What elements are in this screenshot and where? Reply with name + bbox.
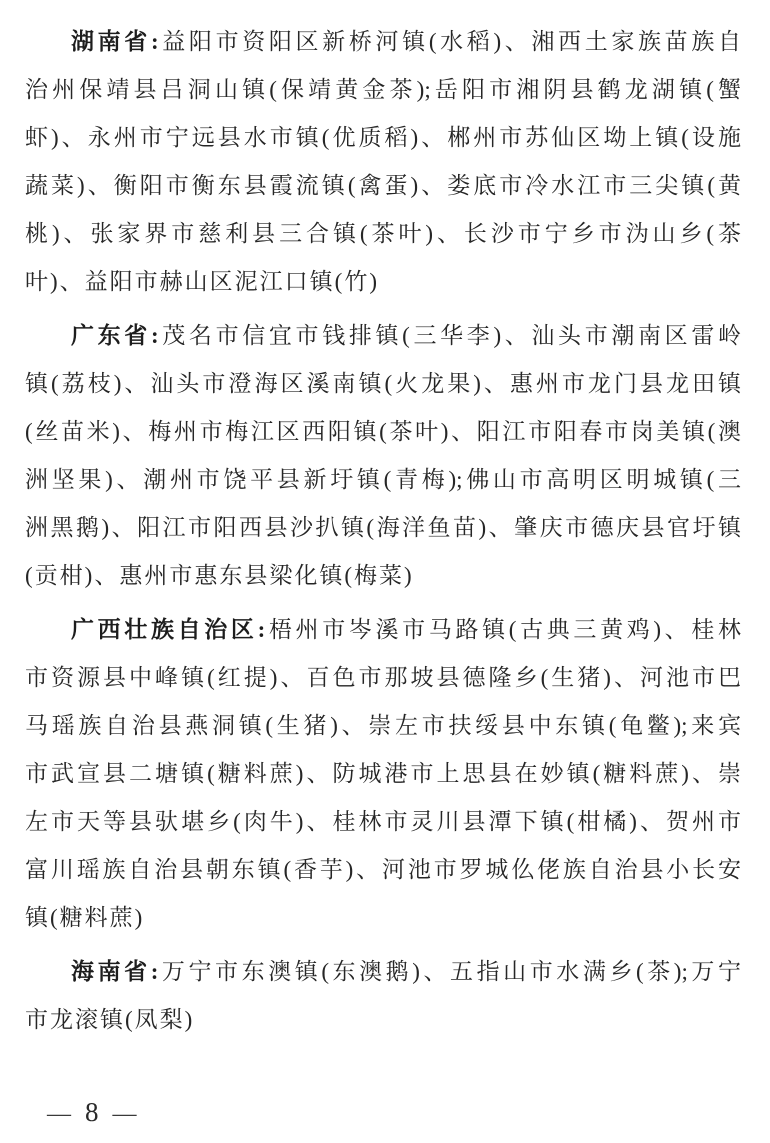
text-line: 富川瑶族自治县朝东镇(香芋)、河池市罗城仫佬族自治县小长安 [25,846,741,894]
province-heading-hainan: 海南省: [71,959,158,984]
text-line: 镇(糖料蔗) [25,894,741,942]
text-line: 叶)、益阳市赫山区泥江口镇(竹) [25,258,741,306]
paragraph-guangdong: 广东省:茂名市信宜市钱排镇(三华李)、汕头市潮南区雷岭 镇(荔枝)、汕头市澄海区… [25,312,741,600]
page-number-dash-left: — [47,1098,71,1130]
page-number-value: 8 [85,1096,99,1128]
text-line: 市资源县中峰镇(红提)、百色市那坡县德隆乡(生猪)、河池市巴 [25,654,741,702]
text-line: 治州保靖县吕洞山镇(保靖黄金茶);岳阳市湘阴县鹤龙湖镇(蟹 [25,66,741,114]
text-line: 市龙滚镇(凤梨) [25,996,741,1044]
text-line: 梧州市岑溪市马路镇(古典三黄鸡)、桂林 [265,617,741,642]
text-line: (丝苗米)、梅州市梅江区西阳镇(茶叶)、阳江市阳春市岗美镇(澳 [25,408,741,456]
text-line: 益阳市资阳区新桥河镇(水稻)、湘西土家族苗族自 [159,29,741,54]
province-heading-hunan: 湖南省: [71,29,159,54]
paragraph-hunan: 湖南省:益阳市资阳区新桥河镇(水稻)、湘西土家族苗族自 治州保靖县吕洞山镇(保靖… [25,18,741,306]
text-line: 洲坚果)、潮州市饶平县新圩镇(青梅);佛山市高明区明城镇(三 [25,456,741,504]
text-line: (贡柑)、惠州市惠东县梁化镇(梅菜) [25,552,741,600]
text-line: 洲黑鹅)、阳江市阳西县沙扒镇(海洋鱼苗)、肇庆市德庆县官圩镇 [25,504,741,552]
text-line: 桃)、张家界市慈利县三合镇(茶叶)、长沙市宁乡市沩山乡(茶 [25,210,741,258]
text-line: 左市天等县驮堪乡(肉牛)、桂林市灵川县潭下镇(柑橘)、贺州市 [25,798,741,846]
text-line: 茂名市信宜市钱排镇(三华李)、汕头市潮南区雷岭 [159,323,741,348]
paragraph-first-line: 海南省:万宁市东澳镇(东澳鹅)、五指山市水满乡(茶);万宁 [25,948,741,996]
document-body: 湖南省:益阳市资阳区新桥河镇(水稻)、湘西土家族苗族自 治州保靖县吕洞山镇(保靖… [25,18,741,1044]
text-line: 虾)、永州市宁远县水市镇(优质稻)、郴州市苏仙区坳上镇(设施 [25,114,741,162]
paragraph-first-line: 广东省:茂名市信宜市钱排镇(三华李)、汕头市潮南区雷岭 [25,312,741,360]
paragraph-first-line: 广西壮族自治区:梧州市岑溪市马路镇(古典三黄鸡)、桂林 [25,606,741,654]
text-line: 万宁市东澳镇(东澳鹅)、五指山市水满乡(茶);万宁 [158,959,741,984]
province-heading-guangdong: 广东省: [71,323,159,348]
page-number-dash-right: — [113,1098,137,1130]
text-line: 马瑶族自治县燕洞镇(生猪)、崇左市扶绥县中东镇(龟鳖);来宾 [25,702,741,750]
paragraph-first-line: 湖南省:益阳市资阳区新桥河镇(水稻)、湘西土家族苗族自 [25,18,741,66]
text-line: 镇(荔枝)、汕头市澄海区溪南镇(火龙果)、惠州市龙门县龙田镇 [25,360,741,408]
document-page: 湖南省:益阳市资阳区新桥河镇(水稻)、湘西土家族苗族自 治州保靖县吕洞山镇(保靖… [0,0,770,1143]
page-number: —8— [47,1096,740,1130]
paragraph-guangxi: 广西壮族自治区:梧州市岑溪市马路镇(古典三黄鸡)、桂林 市资源县中峰镇(红提)、… [25,606,741,942]
province-heading-guangxi: 广西壮族自治区: [71,617,265,642]
text-line: 蔬菜)、衡阳市衡东县霞流镇(禽蛋)、娄底市冷水江市三尖镇(黄 [25,162,741,210]
text-line: 市武宣县二塘镇(糖料蔗)、防城港市上思县在妙镇(糖料蔗)、崇 [25,750,741,798]
paragraph-hainan: 海南省:万宁市东澳镇(东澳鹅)、五指山市水满乡(茶);万宁 市龙滚镇(凤梨) [25,948,741,1044]
